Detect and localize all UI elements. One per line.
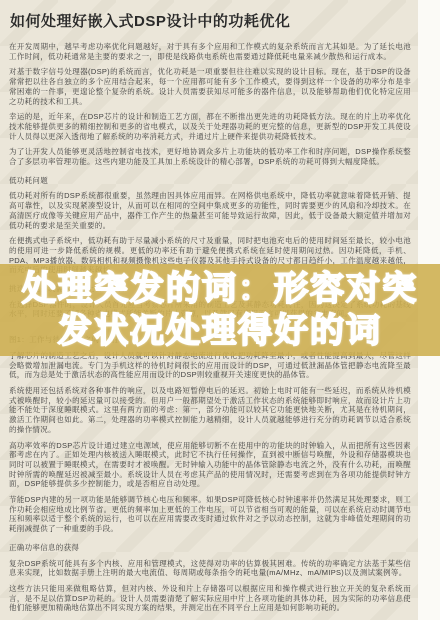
paragraph: 高功率效率的DSP芯片设计通过建立电源域，使应用能够切断不在使用中的功能块的时钟… [9,441,411,490]
paragraph: 节能DSP内建的另一项功能是能够调节核心电压和频率。如果DSP可降低核心时钟速率… [9,495,411,534]
paragraph: 在开发周期中，越早考虑功率优化问题越好，对于具有多个应用和工作模式的复杂系统而言… [9,42,411,61]
paragraph: 这些方法只能用来做粗略估算，但对内核、外设和片上存储器可以根据应用和操作模式进行… [9,584,411,613]
paragraph: 幸运的是，近年来，在DSP芯片的设计和制造工艺方面，都在不断推出更先进的功耗降低… [9,112,411,141]
article-body: 在开发周期中，越早考虑功率优化问题越好，对于具有多个应用和工作模式的复杂系统而言… [9,42,411,613]
section-heading: 挑选匹配系统需求的片上省电资源 [9,284,411,294]
paragraph: 为了让开发人员能够更灵活地控制省电技术，更好地协调众多片上功能块的低功率工作和时… [9,147,411,166]
page-right-margin [418,0,440,620]
section-heading: 正确功率信息的获得 [9,543,411,553]
page-title: 如何处理好嵌入式DSP设计中的功耗优化 [10,12,411,32]
document-page: 如何处理好嵌入式DSP设计中的功耗优化 在开发周期中，越早考虑功率优化问题越好，… [0,0,418,620]
paragraph: 在便携式电子系统中，低功耗有助于尽量减小系统的尺寸及重量，同时把电池充电后的使用… [9,236,411,275]
paragraph: 复杂DSP系统可能具有多个内核、应用和管理模式，这使得对功率的估算极其困难。传统… [9,559,411,578]
paragraph: 低功耗对所有的DSP系统都很重要，虽然理由因具体应用而异。在网格供电系统中，降低… [9,191,411,230]
figure-caption: 图1：工作与待机模式之间的切换 [9,335,411,345]
paragraph: 对基于数字信号处理器(DSP)的系统而言，优化功耗是一项重要但往往难以实现的设计… [9,67,411,106]
paragraph: 了解芯片的制造工艺之后，设计人员就可以针对静态电流进行优化把功耗降至最小，或者性… [9,351,411,380]
paragraph: 系统使用还包括系统对各种事件的响应，以及电路短暂停电后的延迟。初始上电时可能有一… [9,386,411,435]
paragraph: 在选择DSP器件时，设计人员首先应当考察芯片所采用的制造工艺及其静态功耗特性，因… [9,300,411,319]
section-heading: 低功耗问题 [9,176,411,186]
